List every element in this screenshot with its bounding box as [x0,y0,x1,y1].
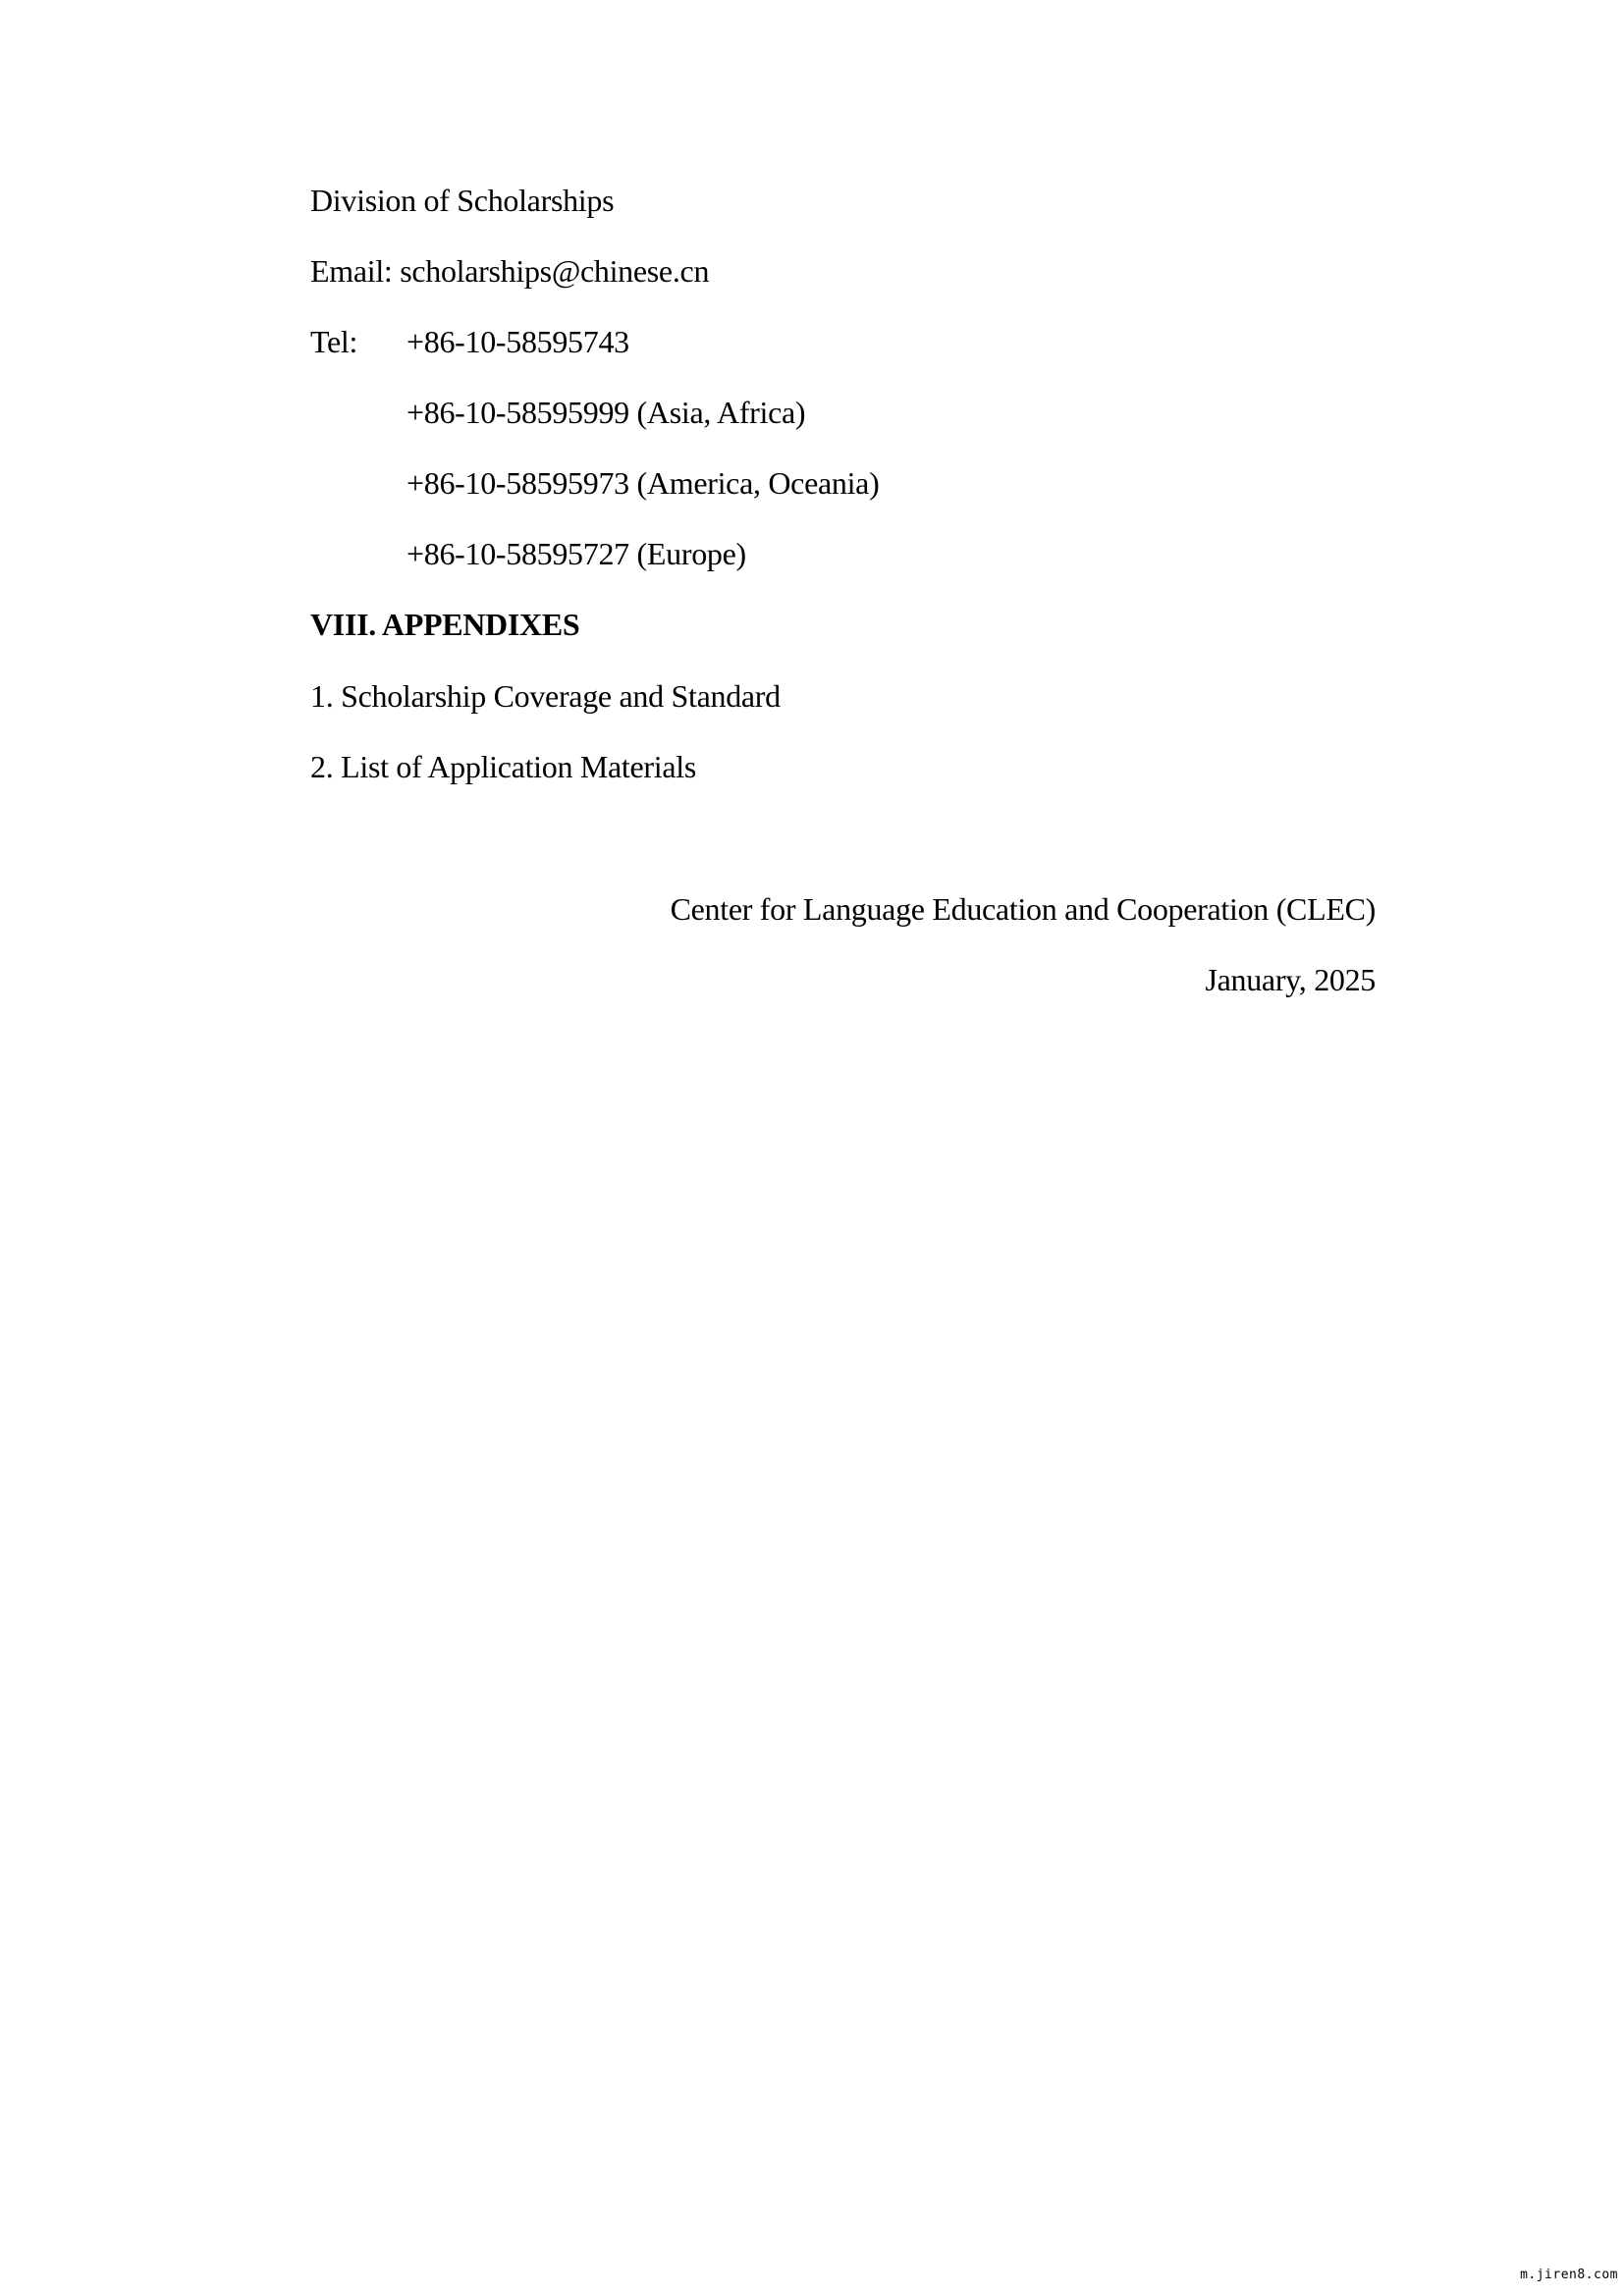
signature-organization: Center for Language Education and Cooper… [671,889,1376,929]
phone-europe: +86-10-58595727 (Europe) [406,534,746,573]
appendixes-heading: VIII. APPENDIXES [310,605,579,644]
signature-date: January, 2025 [1205,960,1376,999]
phone-asia-africa: +86-10-58595999 (Asia, Africa) [406,393,805,432]
division-name: Division of Scholarships [310,181,614,220]
tel-line: Tel:+86-10-58595743 [310,322,629,361]
watermark: m.jiren8.com [1520,2268,1618,2282]
tel-label: Tel: [310,322,406,361]
phone-america-oceania: +86-10-58595973 (America, Oceania) [406,463,879,503]
appendix-item-1: 1. Scholarship Coverage and Standard [310,676,781,716]
phone-general: +86-10-58595743 [406,324,629,359]
email-line: Email: scholarships@chinese.cn [310,251,709,291]
appendix-item-2: 2. List of Application Materials [310,747,696,786]
